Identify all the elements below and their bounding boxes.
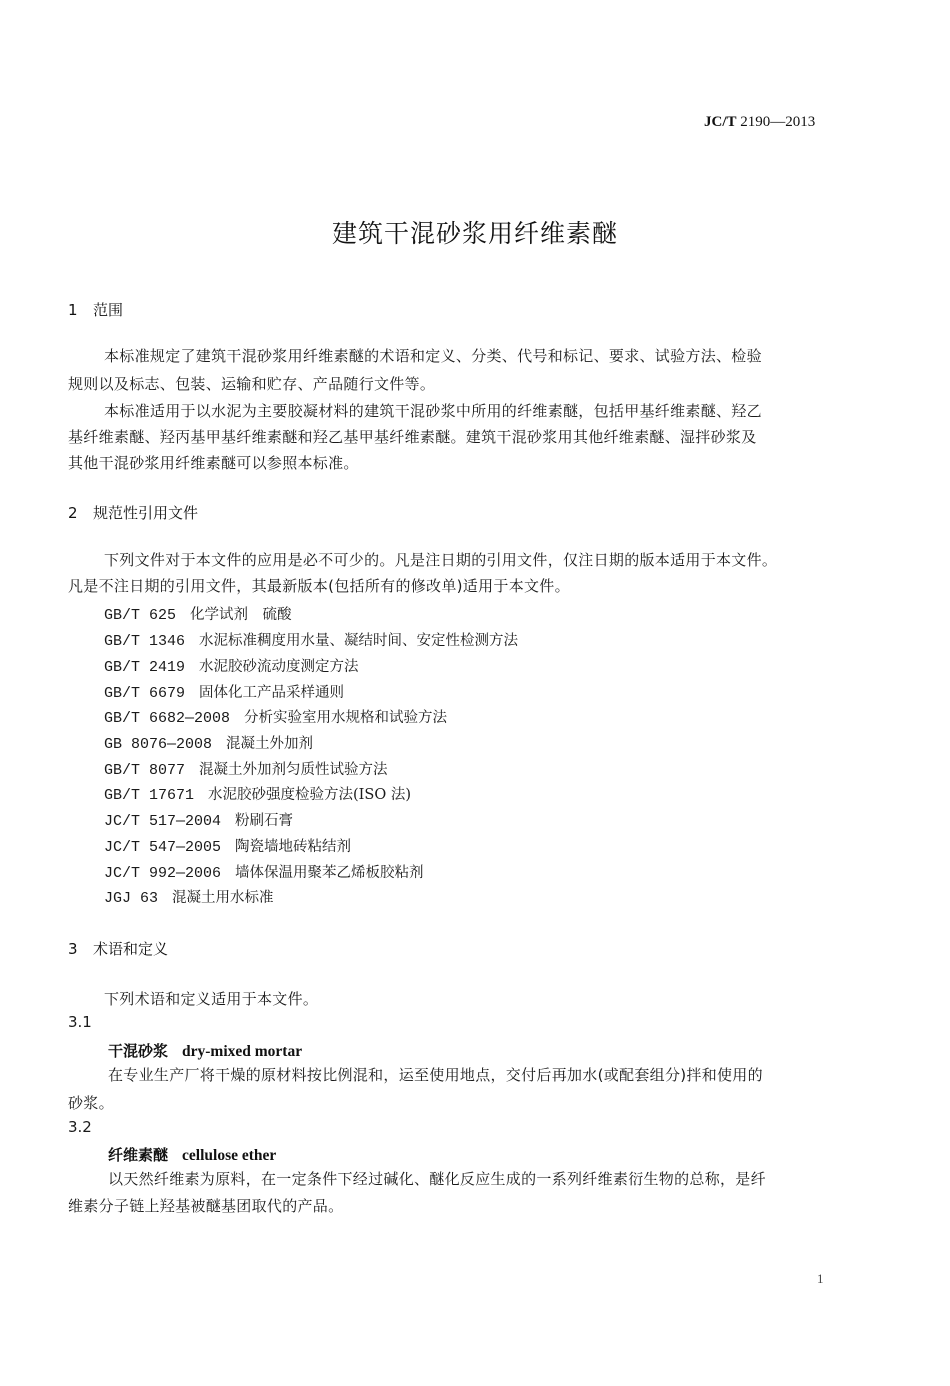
reference-item: GB/T 2419水泥胶砂流动度测定方法 xyxy=(104,655,359,676)
standard-prefix: JC/T xyxy=(704,114,737,130)
section-title: 范围 xyxy=(93,301,123,319)
term-number: 3.2 xyxy=(68,1118,92,1136)
page-number: 1 xyxy=(817,1271,824,1287)
scope-para-2-line-2: 基纤维素醚、羟丙基甲基纤维素醚和羟乙基甲基纤维素醚。建筑干混砂浆用其他纤维素醚、… xyxy=(68,426,757,447)
terms-intro: 下列术语和定义适用于本文件。 xyxy=(104,988,318,1009)
reference-item: JC/T 547—2005陶瓷墙地砖粘结剂 xyxy=(104,835,351,856)
standard-code: JC/T 2190—2013 xyxy=(704,114,815,131)
reference-item: GB/T 6679固体化工产品采样通则 xyxy=(104,681,344,702)
term-name-en: dry-mixed mortar xyxy=(182,1043,302,1060)
term-definition-line-2: 砂浆。 xyxy=(68,1092,114,1113)
term-name-zh: 干混砂浆 xyxy=(108,1042,168,1060)
scope-para-1-line-1: 本标准规定了建筑干混砂浆用纤维素醚的术语和定义、分类、代号和标记、要求、试验方法… xyxy=(104,345,762,366)
section-1-heading: 1范围 xyxy=(68,299,123,320)
term-definition-line-1: 在专业生产厂将干燥的原材料按比例混和，运至使用地点，交付后再加水(或配套组分)拌… xyxy=(108,1064,763,1085)
section-number: 1 xyxy=(68,301,93,319)
reference-item: GB/T 8077混凝土外加剂匀质性试验方法 xyxy=(104,758,388,779)
reference-item: GB/T 6682—2008分析实验室用水规格和试验方法 xyxy=(104,706,447,727)
reference-item: GB/T 625化学试剂 硫酸 xyxy=(104,603,292,624)
term-name-en: cellulose ether xyxy=(182,1147,276,1164)
term-name-zh: 纤维素醚 xyxy=(108,1146,168,1164)
reference-item: JGJ 63混凝土用水标准 xyxy=(104,886,274,907)
section-2-heading: 2规范性引用文件 xyxy=(68,502,198,523)
term-definition-line-1: 以天然纤维素为原料，在一定条件下经过碱化、醚化反应生成的一系列纤维素衍生物的总称… xyxy=(108,1168,766,1189)
section-title: 术语和定义 xyxy=(93,940,168,958)
refs-intro-line-2: 凡是不注日期的引用文件，其最新版本(包括所有的修改单)适用于本文件。 xyxy=(68,575,570,596)
section-number: 2 xyxy=(68,504,93,522)
term-definition-line-2: 维素分子链上羟基被醚基团取代的产品。 xyxy=(68,1195,343,1216)
scope-para-2-line-1: 本标准适用于以水泥为主要胶凝材料的建筑干混砂浆中所用的纤维素醚，包括甲基纤维素醚… xyxy=(104,400,762,421)
section-title: 规范性引用文件 xyxy=(93,504,198,522)
reference-item: JC/T 992—2006墙体保温用聚苯乙烯板胶粘剂 xyxy=(104,861,424,882)
term-name: 纤维素醚cellulose ether xyxy=(108,1144,276,1165)
document-title: 建筑干混砂浆用纤维素醚 xyxy=(0,214,950,250)
reference-item: GB/T 1346水泥标准稠度用水量、凝结时间、安定性检测方法 xyxy=(104,629,518,650)
scope-para-1-line-2: 规则以及标志、包装、运输和贮存、产品随行文件等。 xyxy=(68,373,435,394)
reference-item: GB 8076—2008混凝土外加剂 xyxy=(104,732,313,753)
reference-item: JC/T 517—2004粉刷石膏 xyxy=(104,809,293,830)
term-number: 3.1 xyxy=(68,1013,92,1031)
term-name: 干混砂浆dry-mixed mortar xyxy=(108,1040,302,1061)
section-number: 3 xyxy=(68,940,93,958)
scope-para-2-line-3: 其他干混砂浆用纤维素醚可以参照本标准。 xyxy=(68,452,359,473)
reference-item: GB/T 17671水泥胶砂强度检验方法(ISO 法) xyxy=(104,783,411,804)
standard-number: 2190—2013 xyxy=(740,114,815,130)
refs-intro-line-1: 下列文件对于本文件的应用是必不可少的。凡是注日期的引用文件，仅注日期的版本适用于… xyxy=(104,549,777,570)
section-3-heading: 3术语和定义 xyxy=(68,938,168,959)
